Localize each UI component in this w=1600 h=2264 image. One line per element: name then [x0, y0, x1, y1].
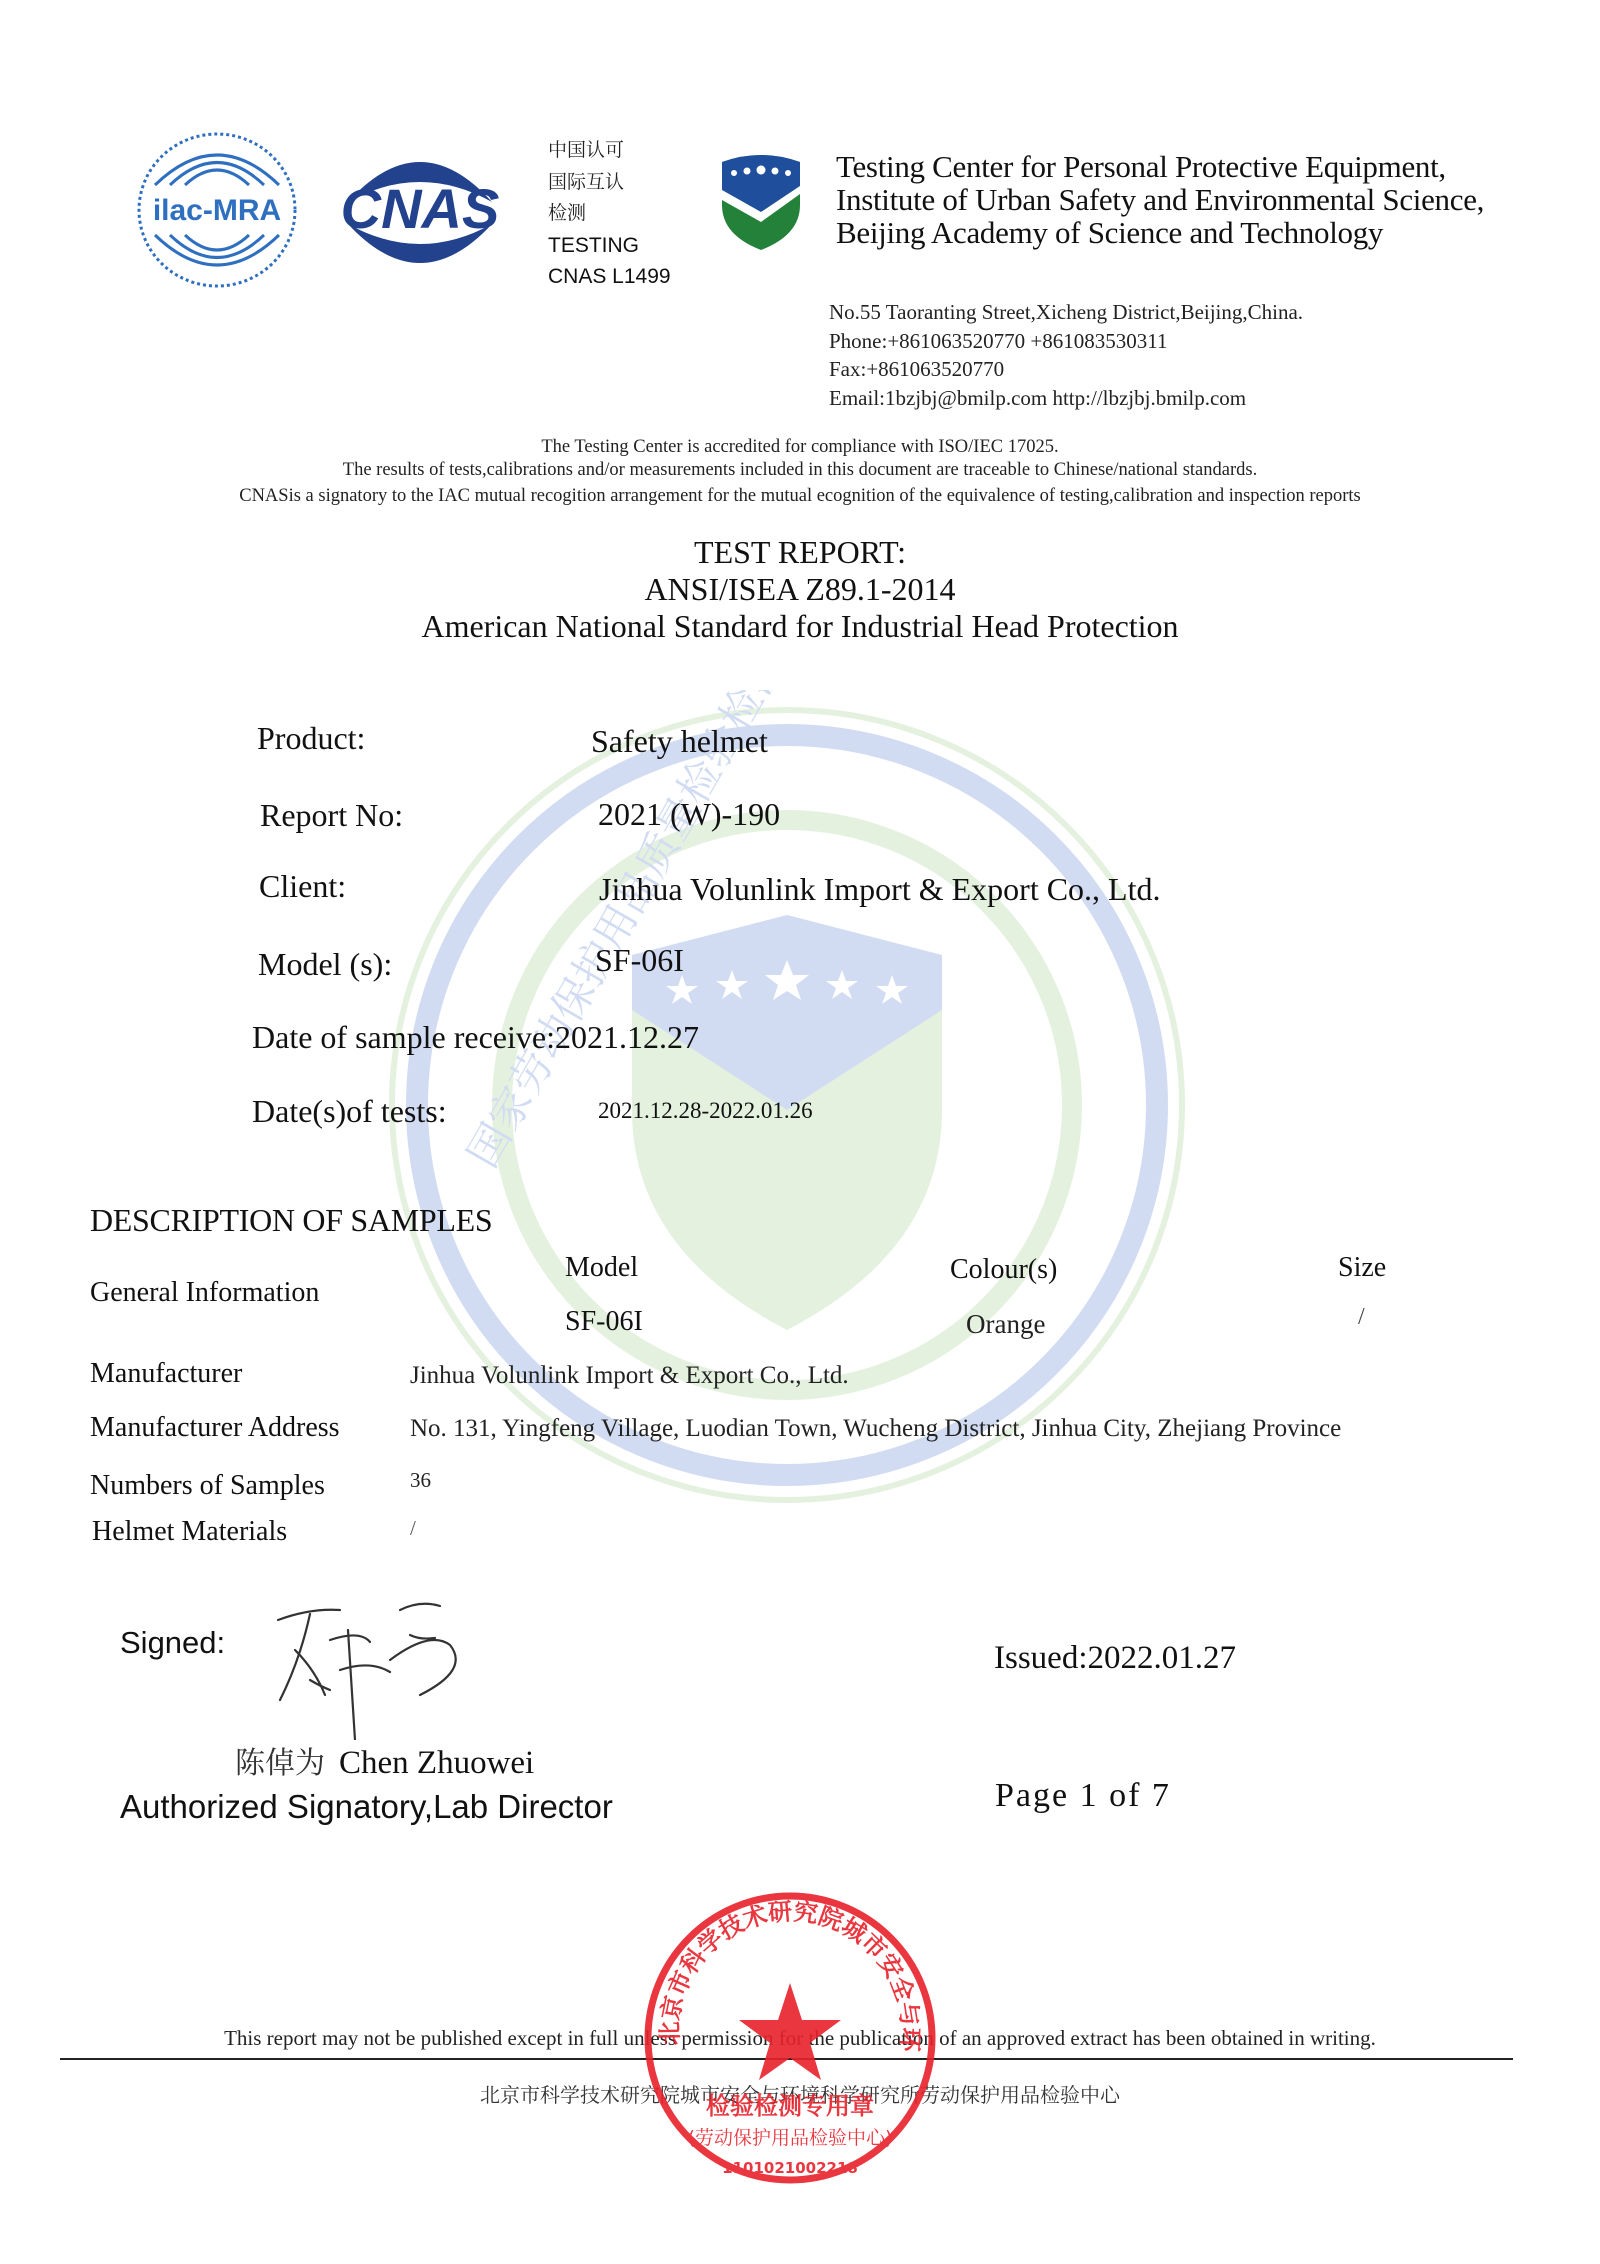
org-line-3: Beijing Academy of Science and Technolog…: [836, 216, 1484, 249]
handwritten-signature: [270, 1600, 490, 1740]
official-red-stamp: 北京市科学技术研究院城市安全与环境科学研究所 检验检测专用章 (劳动保护用品检验…: [640, 1888, 940, 2188]
contact-address: No.55 Taoranting Street,Xicheng District…: [829, 298, 1303, 327]
manufacturer-address-label: Manufacturer Address: [90, 1412, 340, 1444]
helmet-materials-value: /: [410, 1516, 416, 1541]
description-heading: DESCRIPTION OF SAMPLES: [90, 1202, 492, 1239]
cnas-cn-line: 中国认可: [548, 135, 671, 167]
client-label: Client:: [259, 868, 346, 905]
cnas-cn-line: 检测: [548, 198, 671, 230]
accreditation-line-1: The Testing Center is accredited for com…: [0, 436, 1600, 459]
product-value: Safety helmet: [591, 723, 768, 760]
svg-text:检验检测专用章: 检验检测专用章: [706, 2092, 874, 2120]
accreditation-line-2: The results of tests,calibrations and/or…: [0, 459, 1600, 482]
test-dates-label: Date(s)of tests:: [252, 1093, 447, 1130]
accreditation-line-3: CNASis a signatory to the IAC mutual rec…: [0, 485, 1600, 508]
organization-name: Testing Center for Personal Protective E…: [836, 150, 1484, 249]
signer-name-cn: 陈倬为: [235, 1746, 325, 1781]
title-line-1: TEST REPORT:: [0, 534, 1600, 571]
sample-size-value: /: [1358, 1304, 1365, 1331]
accreditation-statement: The Testing Center is accredited for com…: [0, 436, 1600, 508]
numbers-of-samples-value: 36: [410, 1468, 431, 1493]
title-line-3: American National Standard for Industria…: [0, 608, 1600, 645]
column-size: Size: [1338, 1252, 1386, 1284]
product-label: Product:: [257, 720, 365, 757]
test-dates-value: 2021.12.28-2022.01.26: [598, 1098, 813, 1124]
report-title: TEST REPORT: ANSI/ISEA Z89.1-2014 Americ…: [0, 534, 1600, 645]
manufacturer-address-value: No. 131, Yingfeng Village, Luodian Town,…: [410, 1415, 1341, 1443]
report-no-value: 2021 (W)-190: [598, 796, 780, 833]
cnas-testing-label: TESTING: [548, 230, 671, 262]
sample-colour-value: Orange: [966, 1309, 1045, 1340]
helmet-materials-label: Helmet Materials: [92, 1516, 287, 1548]
cnas-cn-line: 国际互认: [548, 167, 671, 199]
general-info-label: General Information: [90, 1277, 319, 1309]
model-value: SF-06I: [595, 942, 684, 979]
title-line-2: ANSI/ISEA Z89.1-2014: [0, 571, 1600, 608]
cnas-logo: CNAS: [330, 142, 510, 282]
svg-text:ilac-MRA: ilac-MRA: [153, 194, 281, 227]
manufacturer-value: Jinhua Volunlink Import & Export Co., Lt…: [410, 1362, 849, 1390]
sample-receive-value: 2021.12.27: [555, 1019, 699, 1055]
org-line-2: Institute of Urban Safety and Environmen…: [836, 183, 1484, 216]
contact-block: No.55 Taoranting Street,Xicheng District…: [829, 298, 1303, 412]
contact-phone: Phone:+861063520770 +861083530311: [829, 327, 1303, 356]
column-model: Model: [565, 1252, 638, 1284]
ilac-mra-logo: ilac-MRA: [135, 130, 300, 290]
sample-model-value: SF-06I: [565, 1306, 643, 1338]
model-label: Model (s):: [258, 946, 392, 983]
signer-name: 陈倬为Chen Zhuowei: [235, 1738, 534, 1782]
contact-fax: Fax:+861063520770: [829, 355, 1303, 384]
sample-receive-label: Date of sample receive:2021.12.27: [252, 1019, 699, 1056]
page-number: Page 1 of 7: [995, 1777, 1171, 1815]
manufacturer-label: Manufacturer: [90, 1358, 242, 1390]
svg-text:1101021002218: 1101021002218: [722, 2159, 858, 2177]
signed-label: Signed:: [120, 1625, 225, 1661]
shield-logo-icon: [718, 150, 804, 250]
contact-email-web: Email:1bzjbj@bmilp.com http://lbzjbj.bmi…: [829, 384, 1303, 413]
org-line-1: Testing Center for Personal Protective E…: [836, 150, 1484, 183]
svg-text:CNAS: CNAS: [341, 177, 500, 240]
sample-receive-label-text: Date of sample receive:: [252, 1019, 555, 1055]
cnas-number: CNAS L1499: [548, 261, 671, 293]
signer-name-en: Chen Zhuowei: [339, 1745, 534, 1781]
issued-date: Issued:2022.01.27: [994, 1640, 1236, 1677]
cnas-accreditation-mark: 中国认可 国际互认 检测 TESTING CNAS L1499: [548, 135, 671, 293]
column-colours: Colour(s): [950, 1254, 1057, 1286]
report-no-label: Report No:: [260, 797, 403, 834]
client-value: Jinhua Volunlink Import & Export Co., Lt…: [599, 871, 1160, 908]
numbers-of-samples-label: Numbers of Samples: [90, 1470, 325, 1502]
signer-title: Authorized Signatory,Lab Director: [120, 1788, 613, 1826]
svg-text:(劳动保护用品检验中心): (劳动保护用品检验中心): [688, 2127, 893, 2149]
